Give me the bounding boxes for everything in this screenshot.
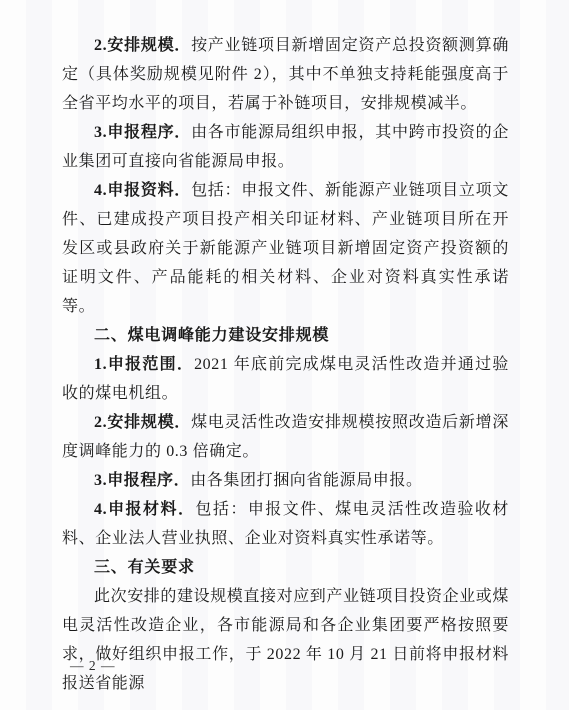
paragraph-lead: 2.安排规模． bbox=[94, 414, 191, 431]
paragraph: 2.安排规模．煤电灵活性改造安排规模按照改造后新增深度调峰能力的 0.3 倍确定… bbox=[62, 408, 509, 466]
document-body: 2.安排规模．按产业链项目新增固定资产总投资额测算确定（具体奖励规模见附件 2）… bbox=[62, 31, 509, 698]
paragraph: 2.安排规模．按产业链项目新增固定资产总投资额测算确定（具体奖励规模见附件 2）… bbox=[62, 31, 509, 118]
paragraph-lead: 2.安排规模． bbox=[94, 37, 191, 54]
paragraph: 1.申报范围．2021 年底前完成煤电灵活性改造并通过验收的煤电机组。 bbox=[62, 350, 509, 408]
paragraph: 此次安排的建设规模直接对应到产业链项目投资企业或煤电灵活性改造企业，各市能源局和… bbox=[62, 582, 509, 698]
paragraph-lead: 4.申报材料． bbox=[94, 501, 195, 518]
paragraph: 3.申报程序．由各市能源局组织申报，其中跨市投资的企业集团可直接向省能源局申报。 bbox=[62, 118, 509, 176]
paragraph: 4.申报材料．包括：申报文件、煤电灵活性改造验收材料、企业法人营业执照、企业对资… bbox=[62, 495, 509, 553]
paragraph-lead: 3.申报程序． bbox=[94, 472, 190, 489]
section-heading: 二、煤电调峰能力建设安排规模 bbox=[62, 321, 509, 350]
page-number: — 2 — bbox=[70, 658, 116, 674]
paragraph-lead: 3.申报程序． bbox=[94, 124, 191, 141]
paragraph: 3.申报程序．由各集团打捆向省能源局申报。 bbox=[62, 466, 509, 495]
paragraph-lead: 1.申报范围． bbox=[94, 356, 194, 373]
section-heading: 三、有关要求 bbox=[62, 553, 509, 582]
paragraph-lead: 4.申报资料． bbox=[94, 182, 191, 199]
paragraph: 4.申报资料．包括：申报文件、新能源产业链项目立项文件、已建成投产项目投产相关印… bbox=[62, 176, 509, 321]
document-page: 2.安排规模．按产业链项目新增固定资产总投资额测算确定（具体奖励规模见附件 2）… bbox=[0, 0, 569, 710]
